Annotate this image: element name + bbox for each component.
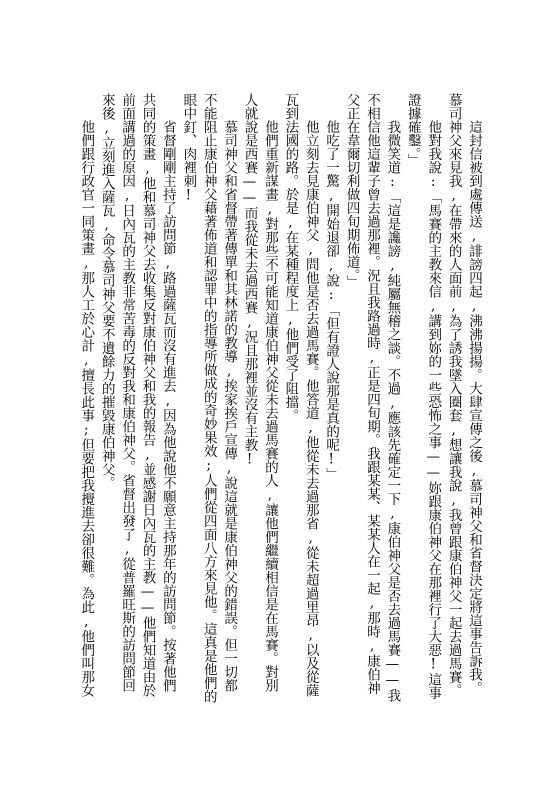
paragraph: 省督剛剛主持了訪問節,路過薩瓦而沒有進去,因為他說他不願意主持那年的訪問節。按著… (96, 93, 178, 705)
paragraph: 他對我說:「馬賽的主教來信,講到妳的一些恐怖之事——妳跟康伯神父在那裡行了大惡!… (402, 93, 443, 705)
paragraph: 他們跟行政官一同策畫,那人工於心計,擅長此事;但要把我攪進去卻很難。為此,他們叫… (76, 93, 96, 705)
paragraph: 他們重新謀畫,對那些不可能知道康伯神父從未去過馬賽的人,讓他們繼續相信是在馬賽。… (239, 93, 280, 705)
text-block: 這封信被到處傳送,誹謗四起,沸沸揚揚。大肆宣傳之後,慕司神父和省督決定將這事告訴… (76, 93, 484, 705)
paragraph: 慕司神父和省督帶著傳單和其林諾的教導,挨家挨戶宣傳,說這就是康伯神父的錯誤。但一… (178, 93, 239, 705)
paragraph: 我微笑道:「這是讒謗,純屬無稽之談。不過,應該先確定一下,康伯神父是否去過馬賽—… (341, 93, 402, 705)
paragraph: 這封信被到處傳送,誹謗四起,沸沸揚揚。大肆宣傳之後,慕司神父和省督決定將這事告訴… (443, 93, 484, 705)
paragraph: 他立刻去見康伯神父,問他是否去過馬賽。他答道,他從未去過那省,從未超過里昂,以及… (280, 93, 321, 705)
paragraph: 他吃了一驚,開始退卻,說:「但有證人說那是真的呢!」 (321, 93, 341, 705)
book-page: 這封信被到處傳送,誹謗四起,沸沸揚揚。大肆宣傳之後,慕司神父和省督決定將這事告訴… (0, 0, 559, 794)
